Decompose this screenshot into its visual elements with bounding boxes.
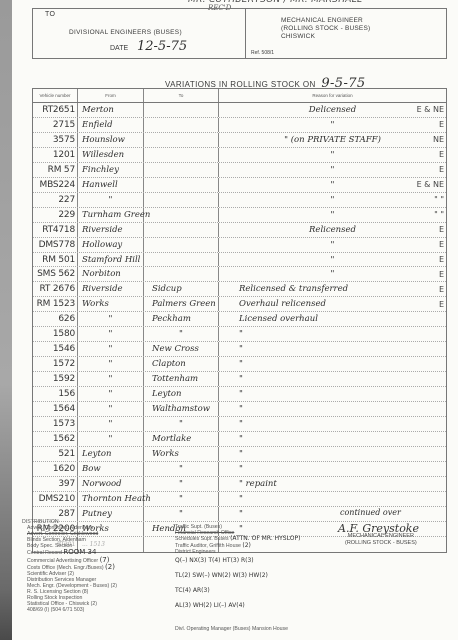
from-garage: Hounslow: [78, 133, 144, 147]
table-row: 1580 " " ": [33, 327, 446, 342]
district-code-line: Q(–) NX(3) T(4) HT(3) R(3): [175, 557, 254, 564]
table-row: 2715 Enfield " E: [33, 118, 446, 133]
reason-text: Overhaul relicensed: [239, 299, 326, 309]
reason-text: Licensed overhaul: [239, 314, 318, 324]
engineer-code: " ": [434, 210, 444, 219]
engineer-code: " ": [434, 195, 444, 204]
vehicle-number: 2715: [33, 118, 78, 132]
reason-text: ": [219, 240, 446, 250]
from-garage: ": [78, 387, 144, 401]
distribution-item-text: Traffic Supt. (Buses): [175, 524, 222, 530]
distribution-item: District Engineers: [175, 549, 300, 555]
vehicle-number: 1573: [33, 417, 78, 431]
vehicle-number: 156: [33, 387, 78, 401]
reason-text: ": [239, 494, 243, 504]
table-row: 1573 " " ": [33, 417, 446, 432]
distribution-item-text: Advert. Controller, Cricklewood: [27, 531, 98, 537]
from-garage: Stamford Hill: [78, 253, 144, 267]
vehicle-number: 227: [33, 193, 78, 207]
table-row: 229 Turnham Green " " ": [33, 208, 446, 223]
reason-text: ": [239, 449, 243, 459]
reason-text: ": [239, 374, 243, 384]
reason-text: ": [219, 210, 446, 220]
to-garage: ": [144, 477, 219, 491]
distribution-item-text: Advert. Controller, Aldenham: [27, 525, 93, 531]
vehicle-number: 397: [33, 477, 78, 491]
reason-text: ": [219, 255, 446, 265]
reason-text: ": [219, 165, 446, 175]
from-garage: ": [78, 417, 144, 431]
engineer-code: E: [439, 120, 444, 129]
vehicle-number: 1572: [33, 357, 78, 371]
distribution-item-text: 408/69 (I) (504 6/71 503): [27, 607, 84, 613]
to-garage: [144, 193, 219, 207]
distribution-item-text: Schedules Supt. Buses: [175, 536, 229, 542]
reason-text: Relicensed & transferred: [239, 284, 348, 294]
to-garage: Mortlake: [144, 432, 219, 446]
engineer-code: E: [439, 270, 444, 279]
to-garage: [144, 103, 219, 117]
table-row: 1592 " Tottenham ": [33, 372, 446, 387]
table-header: Vehicle number From To Reason for variat…: [33, 89, 446, 103]
variations-table: Vehicle number From To Reason for variat…: [32, 88, 447, 553]
vehicle-number: RM 501: [33, 253, 78, 267]
reason-text: ": [239, 389, 243, 399]
vehicle-number: DMS210: [33, 492, 78, 506]
distribution-item-text: Central Record: [27, 550, 62, 556]
distribution-item-text: Scientific Adviser (2): [27, 571, 74, 577]
district-code-line: TL(2) SW(–) WN(2) W(3) HW(2): [175, 572, 268, 579]
reason-text: ": [239, 344, 243, 354]
to-garage: [144, 148, 219, 162]
to-garage: ": [144, 462, 219, 476]
to-garage: [144, 238, 219, 252]
from-garage: Hanwell: [78, 178, 144, 192]
table-row: RT4718 Riverside Relicensed E: [33, 223, 446, 238]
from-line: CHISWICK: [281, 33, 370, 41]
reason-cell: " E: [219, 163, 446, 177]
district-code-line: AL(3) WH(2) LI(–) AV(4): [175, 602, 245, 609]
from-garage: Thornton Heath: [78, 492, 144, 506]
reason-cell: " (on PRIVATE STAFF) NE: [219, 133, 446, 147]
distribution-item: Commercial Advertising Officer (7): [27, 557, 117, 564]
reason-cell: ": [219, 387, 446, 401]
column-header-vehicle: Vehicle number: [33, 89, 78, 102]
vehicle-number: 1201: [33, 148, 78, 162]
from-garage: Holloway: [78, 238, 144, 252]
signatory-title: MECHANICAL ENGINEER (ROLLING STOCK - BUS…: [345, 533, 417, 547]
table-row: 626 " Peckham Licensed overhaul: [33, 312, 446, 327]
reason-cell: " E: [219, 148, 446, 162]
table-row: 397 Norwood " " repaint: [33, 477, 446, 492]
from-garage: Norbiton: [78, 267, 144, 281]
reason-cell: " E: [219, 238, 446, 252]
reason-text: ": [219, 120, 446, 130]
column-header-from: From: [78, 89, 144, 102]
distribution-item-text: Mech. Engr. (Development - Buses) (2): [27, 583, 117, 589]
table-body: RT2651 Merton Delicensed E & NE 2715 Enf…: [33, 103, 446, 552]
from-garage: ": [78, 357, 144, 371]
to-garage: [144, 163, 219, 177]
from-line: (ROLLING STOCK - BUSES): [281, 25, 370, 33]
table-row: RM 501 Stamford Hill " E: [33, 253, 446, 268]
engineer-code: E: [439, 165, 444, 174]
distribution-item-text: Statistical Office - Chiswick (2): [27, 601, 97, 607]
from-garage: Riverside: [78, 223, 144, 237]
reason-cell: " " ": [219, 193, 446, 207]
engineer-code: E: [439, 225, 444, 234]
engineer-code: E & NE: [417, 105, 444, 114]
table-row: RM 1523 Works Palmers Green Overhaul rel…: [33, 297, 446, 312]
distribution-item-text: Distribution Services Manager: [27, 577, 96, 583]
reason-cell: " repaint: [219, 477, 446, 491]
vehicle-number: 521: [33, 447, 78, 461]
distribution-item: Costs Office (Mech. Engr./Buses) (2): [27, 564, 117, 571]
distribution-annotation: (2): [105, 563, 115, 571]
distribution-item-text: Rolling Stock Inspection: [27, 595, 82, 601]
engineer-code: E & NE: [417, 180, 444, 189]
from-garage: Finchley: [78, 163, 144, 177]
distribution-list-secondary: Traffic Supt. (Buses)Financial Research …: [175, 524, 300, 555]
vehicle-number: 1546: [33, 342, 78, 356]
from-garage: Willesden: [78, 148, 144, 162]
distribution-list: DISTRIBUTION Advert. Controller, Aldenha…: [22, 519, 117, 613]
distribution-annotation: (ATTN. OF MR. HYSLOP): [230, 535, 300, 542]
reason-cell: ": [219, 372, 446, 386]
reason-cell: ": [219, 342, 446, 356]
reason-cell: " E: [219, 253, 446, 267]
reference-number: Ref. 508/1: [251, 50, 274, 56]
distribution-item-text: District Engineers: [175, 549, 216, 555]
to-garage: ": [144, 507, 219, 521]
scan-binding-edge: [0, 0, 12, 640]
to-garage: Palmers Green: [144, 297, 219, 311]
date-value: 12-5-75: [137, 39, 187, 54]
from-garage: ": [78, 193, 144, 207]
reason-cell: ": [219, 462, 446, 476]
table-row: SMS 562 Norbiton " E: [33, 267, 446, 282]
reason-text: Delicensed: [219, 105, 446, 115]
from-garage: ": [78, 372, 144, 386]
to-garage: ": [144, 417, 219, 431]
table-row: RM 57 Finchley " E: [33, 163, 446, 178]
to-garage: Peckham: [144, 312, 219, 326]
distribution-annotation: (2): [242, 542, 251, 549]
from-garage: Norwood: [78, 477, 144, 491]
table-row: 521 Leyton Works ": [33, 447, 446, 462]
reason-cell: ": [219, 327, 446, 341]
reason-text: " repaint: [239, 479, 277, 489]
from-garage: ": [78, 432, 144, 446]
vehicle-number: 3575: [33, 133, 78, 147]
reason-cell: Relicensed & transferred E: [219, 282, 446, 296]
to-garage: [144, 267, 219, 281]
vehicle-number: 1562: [33, 432, 78, 446]
to-garage: Sidcup: [144, 282, 219, 296]
from-garage: Riverside: [78, 282, 144, 296]
engineer-code: E: [439, 240, 444, 249]
column-header-reason: Reason for variation: [219, 89, 446, 102]
reason-cell: ": [219, 447, 446, 461]
to-garage: Walthamstow: [144, 402, 219, 416]
table-row: 1562 " Mortlake ": [33, 432, 446, 447]
district-code-line: TC(4) AR(3): [175, 587, 210, 594]
reason-text: ": [239, 464, 243, 474]
reason-text: ": [219, 150, 446, 160]
to-garage: Leyton: [144, 387, 219, 401]
reason-text: ": [239, 419, 243, 429]
from-garage: ": [78, 402, 144, 416]
engineer-code: NE: [433, 135, 444, 144]
table-row: 227 " " " ": [33, 193, 446, 208]
distribution-annotation: ROOM 34: [63, 548, 96, 556]
vehicle-number: 1564: [33, 402, 78, 416]
table-row: RT 2676 Riverside Sidcup Relicensed & tr…: [33, 282, 446, 297]
reason-text: ": [239, 359, 243, 369]
from-line: MECHANICAL ENGINEER: [281, 17, 370, 25]
vehicle-number: RT4718: [33, 223, 78, 237]
from-garage: Works: [78, 297, 144, 311]
memo-to-section: TO DIVISIONAL ENGINEERS (BUSES) DATE 12-…: [33, 9, 246, 58]
reason-cell: ": [219, 432, 446, 446]
reason-text: ": [239, 329, 243, 339]
reason-cell: ": [219, 417, 446, 431]
to-garage: Tottenham: [144, 372, 219, 386]
vehicle-number: 1592: [33, 372, 78, 386]
reason-text: Relicensed: [219, 225, 446, 235]
reason-cell: " E & NE: [219, 178, 446, 192]
to-garage: Clapton: [144, 357, 219, 371]
from-garage: ": [78, 342, 144, 356]
reason-cell: ": [219, 492, 446, 506]
table-row: RT2651 Merton Delicensed E & NE: [33, 103, 446, 118]
from-garage: Enfield: [78, 118, 144, 132]
reason-cell: " E: [219, 118, 446, 132]
to-garage: [144, 178, 219, 192]
vehicle-number: RT2651: [33, 103, 78, 117]
memo-header: TO DIVISIONAL ENGINEERS (BUSES) DATE 12-…: [32, 8, 447, 59]
distribution-items: Advert. Controller, AldenhamAdvert. Cont…: [22, 525, 117, 613]
distribution-item-text: Blinds Section, Aldenham: [27, 537, 86, 543]
vehicle-number: 1620: [33, 462, 78, 476]
vehicle-number: RM 1523: [33, 297, 78, 311]
table-row: 1572 " Clapton ": [33, 357, 446, 372]
table-row: 1620 Bow " ": [33, 462, 446, 477]
vehicle-number: RT 2676: [33, 282, 78, 296]
continued-note: continued over: [340, 508, 401, 517]
to-garage: [144, 223, 219, 237]
table-row: 156 " Leyton ": [33, 387, 446, 402]
table-row: DMS210 Thornton Heath " ": [33, 492, 446, 507]
to-garage: ": [144, 327, 219, 341]
table-row: 1546 " New Cross ": [33, 342, 446, 357]
distribution-secondary-items: Traffic Supt. (Buses)Financial Research …: [175, 524, 300, 555]
to-garage: [144, 208, 219, 222]
to-garage: New Cross: [144, 342, 219, 356]
reason-text: ": [239, 404, 243, 414]
reason-cell: Relicensed E: [219, 223, 446, 237]
to-label: TO: [45, 11, 55, 18]
vehicle-number: MBS224: [33, 178, 78, 192]
table-row: 1201 Willesden " E: [33, 148, 446, 163]
reason-text: ": [219, 269, 446, 279]
vehicle-number: 626: [33, 312, 78, 326]
table-row: MBS224 Hanwell " E & NE: [33, 178, 446, 193]
reason-text: ": [239, 434, 243, 444]
reason-text: ": [239, 509, 243, 519]
vehicle-number: 1580: [33, 327, 78, 341]
reason-cell: ": [219, 507, 446, 521]
reason-cell: ": [219, 402, 446, 416]
distribution-last-line: Divl. Operating Manager (Buses) Mansion …: [175, 626, 288, 632]
from-garage: Bow: [78, 462, 144, 476]
from-garage: Merton: [78, 103, 144, 117]
to-garage: Works: [144, 447, 219, 461]
reason-text: ": [219, 180, 446, 190]
reason-cell: ": [219, 357, 446, 371]
engineer-code: E: [439, 255, 444, 264]
to-recipient: DIVISIONAL ENGINEERS (BUSES): [69, 29, 182, 36]
reason-cell: Licensed overhaul: [219, 312, 446, 326]
to-garage: ": [144, 492, 219, 506]
from-garage: ": [78, 327, 144, 341]
from-garage: ": [78, 312, 144, 326]
vehicle-number: DMS778: [33, 238, 78, 252]
engineer-code: E: [439, 150, 444, 159]
vehicle-number: 229: [33, 208, 78, 222]
table-row: DMS778 Holloway " E: [33, 238, 446, 253]
distribution-item-text: Traffic Auditor, Griffith House: [175, 543, 241, 549]
reason-text: ": [219, 195, 446, 205]
vehicle-number: RM 57: [33, 163, 78, 177]
column-header-to: To: [144, 89, 219, 102]
distribution-item-text: R. S. Licensing Section (8): [27, 589, 88, 595]
reason-cell: " " ": [219, 208, 446, 222]
memo-from-section: MECHANICAL ENGINEER (ROLLING STOCK - BUS…: [281, 17, 370, 41]
to-garage: [144, 253, 219, 267]
to-garage: [144, 133, 219, 147]
distribution-item-text: Commercial Advertising Officer: [27, 558, 98, 564]
reason-text: " (on PRIVATE STAFF): [219, 135, 446, 145]
vehicle-number: SMS 562: [33, 267, 78, 281]
reason-cell: Overhaul relicensed E: [219, 297, 446, 311]
date-label: DATE: [110, 45, 128, 52]
distribution-item-text: Costs Office (Mech. Engr./Buses): [27, 565, 104, 571]
engineer-code: E: [439, 300, 444, 309]
signatory-title-line: MECHANICAL ENGINEER: [345, 533, 417, 540]
to-garage: [144, 118, 219, 132]
reason-cell: Delicensed E & NE: [219, 103, 446, 117]
from-garage: Leyton: [78, 447, 144, 461]
engineer-code: E: [439, 285, 444, 294]
signatory-title-line: (ROLLING STOCK - BUSES): [345, 540, 417, 547]
table-row: 1564 " Walthamstow ": [33, 402, 446, 417]
from-garage: Turnham Green: [78, 208, 144, 222]
reason-cell: " E: [219, 267, 446, 281]
table-row: 3575 Hounslow " (on PRIVATE STAFF) NE: [33, 133, 446, 148]
distribution-item: 408/69 (I) (504 6/71 503): [27, 607, 117, 613]
